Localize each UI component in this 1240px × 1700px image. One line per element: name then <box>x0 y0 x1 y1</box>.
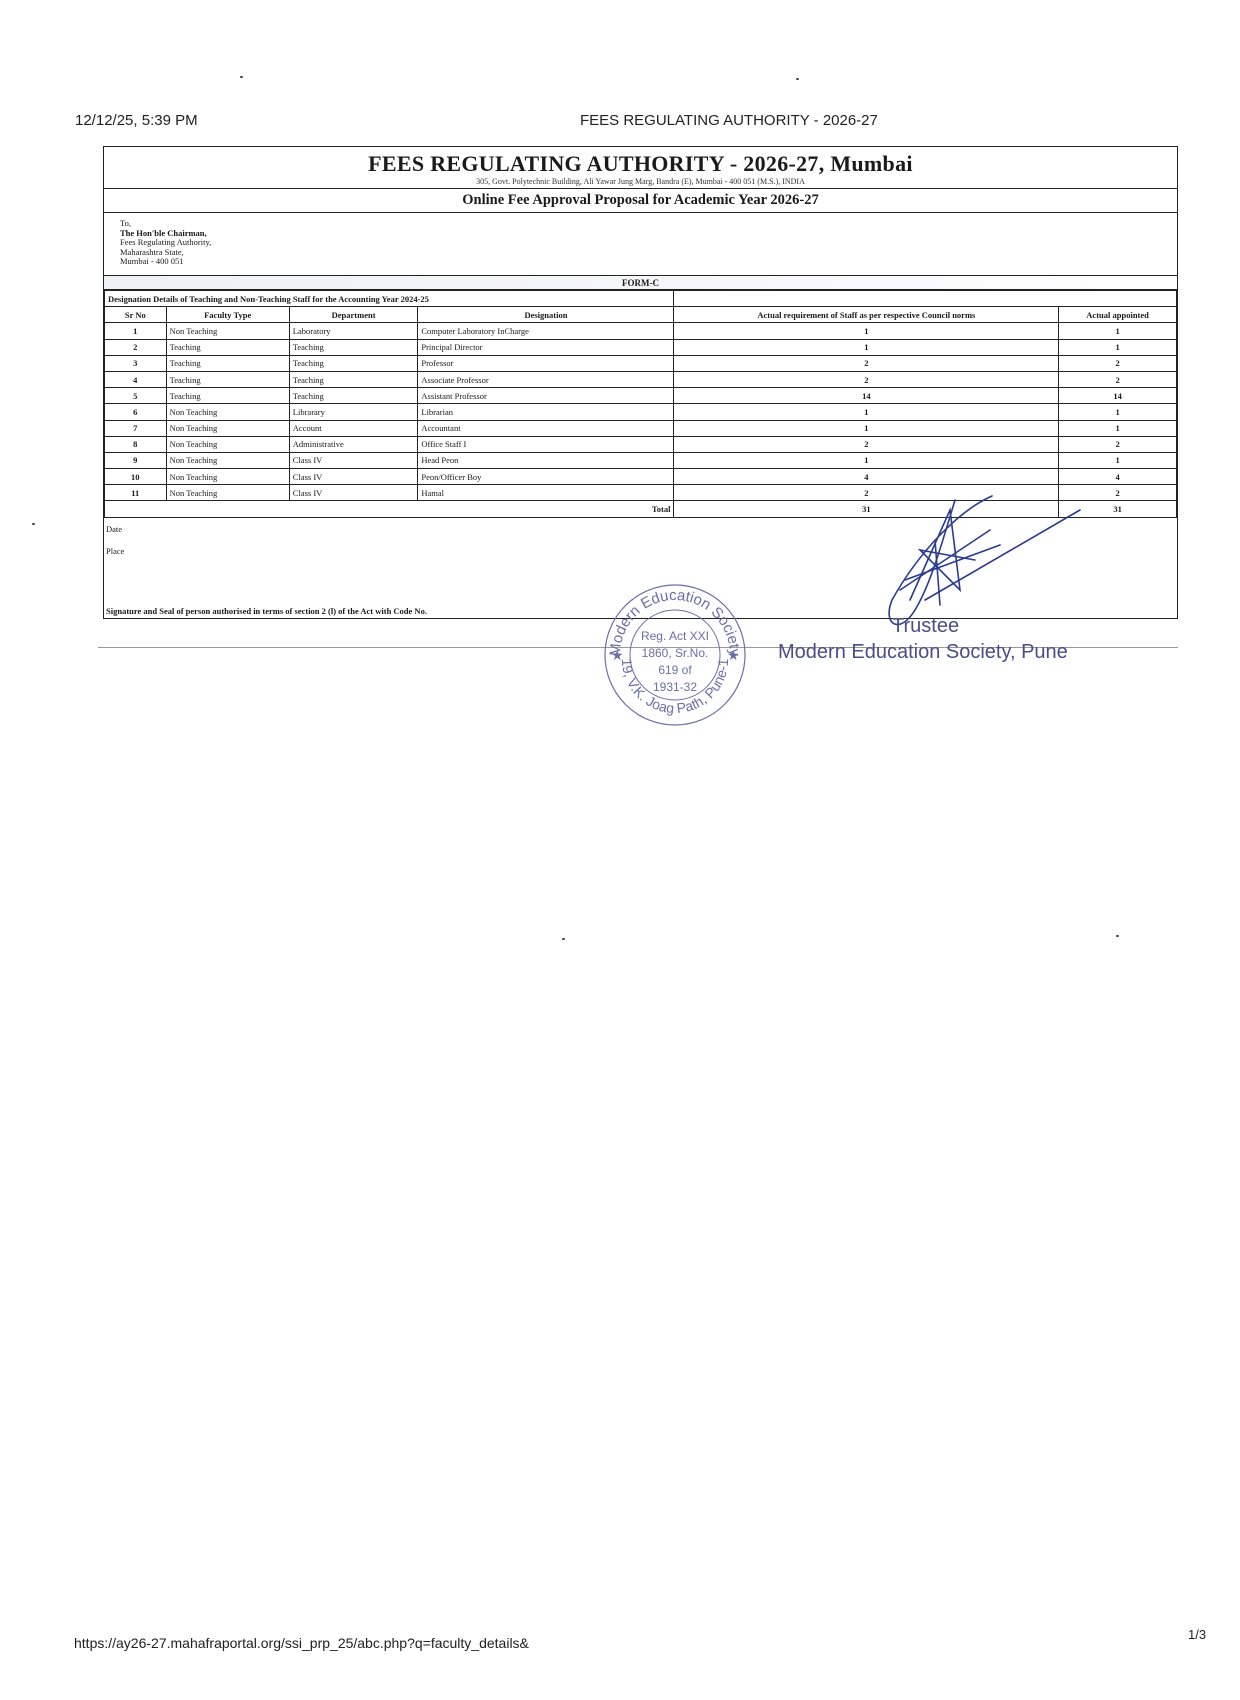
cell-appointed: 2 <box>1059 436 1177 452</box>
table-row: 9Non TeachingClass IVHead Peon11 <box>105 452 1177 468</box>
table-row: 3TeachingTeachingProfessor22 <box>105 355 1177 371</box>
cell-sr-no: 7 <box>105 420 167 436</box>
addressee-city: Mumbai - 400 051 <box>120 257 1177 267</box>
cell-sr-no: 1 <box>105 323 167 339</box>
cell-department: Administrative <box>289 436 418 452</box>
addressee-block: To, The Hon'ble Chairman, Fees Regulatin… <box>104 213 1177 276</box>
cell-required: 1 <box>674 404 1059 420</box>
cell-appointed: 2 <box>1059 371 1177 387</box>
cell-faculty-type: Non Teaching <box>166 436 289 452</box>
cell-designation: Head Peon <box>418 452 674 468</box>
signatory-organization: Modern Education Society, Pune <box>778 641 1068 664</box>
addressee-state: Maharashtra State, <box>120 248 1177 258</box>
cell-required: 2 <box>674 371 1059 387</box>
cell-faculty-type: Non Teaching <box>166 485 289 501</box>
scan-speck <box>240 76 243 78</box>
cell-required: 14 <box>674 388 1059 404</box>
scan-speck <box>32 523 35 525</box>
col-header-sr-no: Sr No <box>105 307 167 323</box>
cell-required: 1 <box>674 339 1059 355</box>
date-label: Date <box>106 524 122 534</box>
cell-department: Class IV <box>289 452 418 468</box>
cell-sr-no: 8 <box>105 436 167 452</box>
cell-appointed: 1 <box>1059 323 1177 339</box>
table-row: 10Non TeachingClass IVPeon/Officer Boy44 <box>105 469 1177 485</box>
table-row: 7Non TeachingAccountAccountant11 <box>105 420 1177 436</box>
col-header-appointed: Actual appointed <box>1059 307 1177 323</box>
cell-department: Teaching <box>289 355 418 371</box>
table-row: 2TeachingTeachingPrincipal Director11 <box>105 339 1177 355</box>
cell-designation: Office Staff I <box>418 436 674 452</box>
cell-appointed: 1 <box>1059 404 1177 420</box>
cell-required: 1 <box>674 420 1059 436</box>
proposal-subtitle: Online Fee Approval Proposal for Academi… <box>104 189 1177 213</box>
form-label: FORM-C <box>104 276 1177 290</box>
table-header-row: Sr No Faculty Type Department Designatio… <box>105 307 1177 323</box>
cell-department: Laboratory <box>289 323 418 339</box>
staff-table: Designation Details of Teaching and Non-… <box>104 290 1177 518</box>
cell-designation: Hamal <box>418 485 674 501</box>
print-page-title: FEES REGULATING AUTHORITY - 2026-27 <box>580 112 878 129</box>
place-label: Place <box>106 546 124 556</box>
print-url: https://ay26-27.mahafraportal.org/ssi_pr… <box>74 1635 529 1651</box>
cell-faculty-type: Teaching <box>166 355 289 371</box>
table-row: 1Non TeachingLaboratoryComputer Laborato… <box>105 323 1177 339</box>
cell-appointed: 2 <box>1059 355 1177 371</box>
seal-line-2: 1860, Sr.No. <box>642 646 709 660</box>
cell-faculty-type: Non Teaching <box>166 469 289 485</box>
star-icon: ★ <box>611 649 624 664</box>
cell-faculty-type: Non Teaching <box>166 452 289 468</box>
cell-department: Teaching <box>289 388 418 404</box>
addressee-to: To, <box>120 219 1177 229</box>
cell-sr-no: 11 <box>105 485 167 501</box>
cell-required: 4 <box>674 469 1059 485</box>
cell-faculty-type: Non Teaching <box>166 323 289 339</box>
authority-header: FEES REGULATING AUTHORITY - 2026-27, Mum… <box>104 147 1177 189</box>
cell-appointed: 1 <box>1059 420 1177 436</box>
cell-sr-no: 3 <box>105 355 167 371</box>
table-row: 4TeachingTeachingAssociate Professor22 <box>105 371 1177 387</box>
cell-designation: Associate Professor <box>418 371 674 387</box>
star-icon: ★ <box>727 649 740 664</box>
table-caption: Designation Details of Teaching and Non-… <box>105 291 674 307</box>
cell-designation: Peon/Officer Boy <box>418 469 674 485</box>
cell-faculty-type: Teaching <box>166 339 289 355</box>
cell-designation: Assistant Professor <box>418 388 674 404</box>
table-row: 6Non TeachingLibrararyLibrarian11 <box>105 404 1177 420</box>
cell-faculty-type: Non Teaching <box>166 404 289 420</box>
cell-required: 2 <box>674 436 1059 452</box>
cell-sr-no: 9 <box>105 452 167 468</box>
cell-department: Class IV <box>289 469 418 485</box>
scan-speck <box>1116 935 1119 937</box>
cell-designation: Professor <box>418 355 674 371</box>
cell-required: 2 <box>674 355 1059 371</box>
cell-appointed: 14 <box>1059 388 1177 404</box>
seal-line-3: 619 of <box>658 663 692 677</box>
addressee-name: The Hon'ble Chairman, <box>120 229 1177 239</box>
cell-sr-no: 5 <box>105 388 167 404</box>
seal-line-4: 1931-32 <box>653 680 697 694</box>
table-caption-row: Designation Details of Teaching and Non-… <box>105 291 1177 307</box>
cell-designation: Computer Laboratory InCharge <box>418 323 674 339</box>
cell-sr-no: 10 <box>105 469 167 485</box>
col-header-department: Department <box>289 307 418 323</box>
cell-sr-no: 4 <box>105 371 167 387</box>
cell-designation: Principal Director <box>418 339 674 355</box>
col-header-faculty-type: Faculty Type <box>166 307 289 323</box>
addressee-org: Fees Regulating Authority, <box>120 238 1177 248</box>
cell-department: Teaching <box>289 371 418 387</box>
cell-department: Teaching <box>289 339 418 355</box>
scan-speck <box>562 938 565 940</box>
cell-sr-no: 6 <box>105 404 167 420</box>
cell-appointed: 1 <box>1059 452 1177 468</box>
signatory-role: Trustee <box>892 615 959 638</box>
cell-required: 1 <box>674 452 1059 468</box>
signature-label: Signature and Seal of person authorised … <box>106 606 427 616</box>
cell-faculty-type: Teaching <box>166 371 289 387</box>
seal-line-1: Reg. Act XXI <box>641 629 709 643</box>
cell-appointed: 4 <box>1059 469 1177 485</box>
cell-required: 1 <box>674 323 1059 339</box>
cell-designation: Accountant <box>418 420 674 436</box>
cell-appointed: 1 <box>1059 339 1177 355</box>
cell-faculty-type: Non Teaching <box>166 420 289 436</box>
authority-address: 305, Govt. Polytechnic Building, Ali Yaw… <box>104 177 1177 186</box>
scan-speck <box>796 78 799 80</box>
cell-department: Account <box>289 420 418 436</box>
cell-faculty-type: Teaching <box>166 388 289 404</box>
page-number: 1/3 <box>1188 1627 1206 1642</box>
table-row: 5TeachingTeachingAssistant Professor1414 <box>105 388 1177 404</box>
col-header-required: Actual requirement of Staff as per respe… <box>674 307 1059 323</box>
cell-department: Class IV <box>289 485 418 501</box>
total-label: Total <box>105 501 674 517</box>
cell-department: Librarary <box>289 404 418 420</box>
table-row: 8Non TeachingAdministrativeOffice Staff … <box>105 436 1177 452</box>
cell-designation: Librarian <box>418 404 674 420</box>
cell-sr-no: 2 <box>105 339 167 355</box>
print-datetime: 12/12/25, 5:39 PM <box>75 112 198 129</box>
authority-title: FEES REGULATING AUTHORITY - 2026-27, Mum… <box>104 151 1177 177</box>
society-seal-stamp: Modern Education Society 19, V.K. Joag P… <box>600 580 750 730</box>
col-header-designation: Designation <box>418 307 674 323</box>
